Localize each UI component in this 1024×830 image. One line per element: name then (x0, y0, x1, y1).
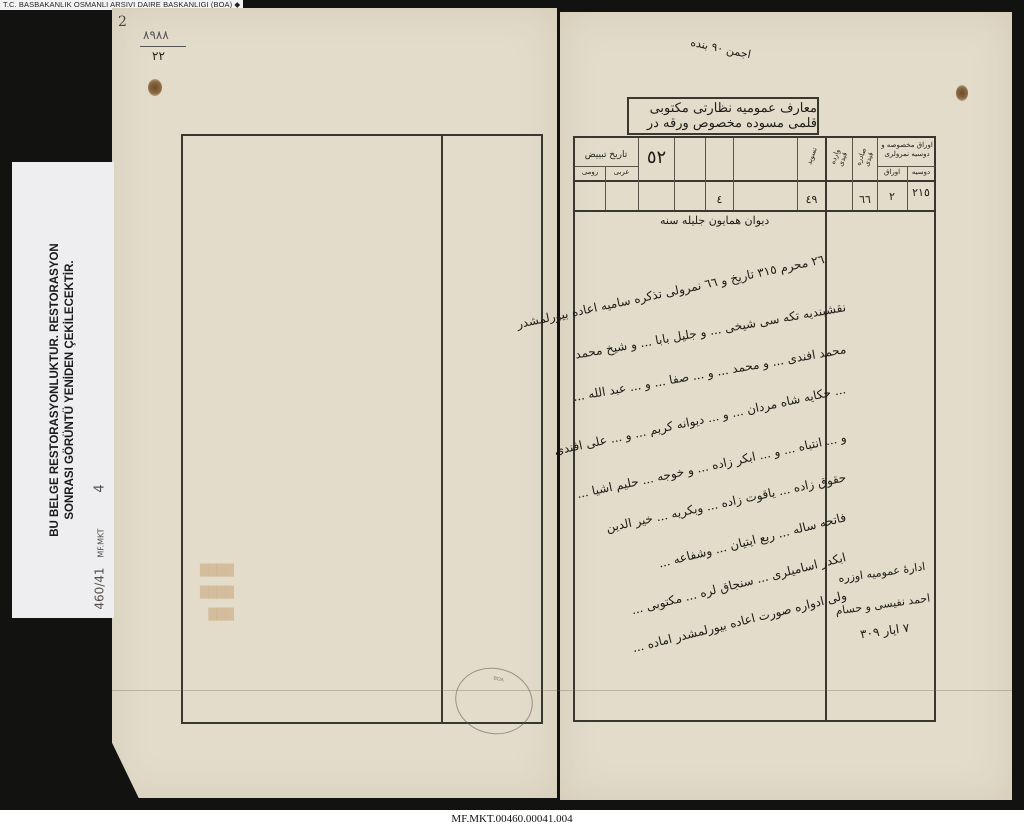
left-fraction-bottom: ٢٢ (152, 49, 165, 63)
value-draft: ٤٩ (798, 193, 825, 206)
form-title: معارف عمومیه نظارتی مکتوبی قلمی مسوده مخ… (627, 97, 819, 135)
document-reference: MF.MKT.00460.00041.004 (0, 810, 1024, 830)
col-divider (825, 138, 827, 722)
table-header-divider (573, 180, 936, 182)
left-fraction-top: ٨٩٨٨ (143, 28, 169, 42)
value-dossier: ٢١٥ (908, 186, 934, 199)
restoration-label: BU BELGE RESTORASYONLUKTUR. RESTORASYON … (12, 162, 114, 618)
restoration-notice: BU BELGE RESTORASYONLUKTUR. RESTORASYON … (48, 170, 78, 610)
body-heading: دیوان همایون جلیله سنه (660, 214, 769, 227)
faded-seal-text: ███████████ (200, 560, 234, 626)
value-papers: ٢ (878, 190, 906, 203)
stain-left (148, 79, 162, 96)
subheader-line-left (575, 166, 638, 167)
left-page-frame (181, 134, 543, 724)
fraction-bar (140, 46, 186, 47)
stain-right (956, 85, 968, 101)
subheader-line-right (877, 166, 935, 167)
fold-line (112, 690, 1012, 691)
value-col5: ٤ (706, 193, 733, 206)
header-dossier-numbers: اوراق مخصوصه و دوسیه نمرولری (879, 141, 935, 159)
left-page-column-divider (441, 134, 443, 724)
header-fair-copy-date: تاریخ تبییض (576, 150, 636, 160)
value-col4: ٥٢ (639, 147, 674, 168)
subheader-dossier: دوسیه (908, 168, 934, 176)
diamond-icon: ◆ (232, 0, 240, 9)
col-divider (733, 138, 734, 210)
left-corner-mark: 2 (118, 14, 127, 30)
table-values-divider (573, 210, 936, 212)
col-divider (674, 138, 675, 210)
subheader-arabic: عربی (606, 168, 637, 176)
subheader-rumi: رومی (575, 168, 605, 176)
archive-header-text: T.C. BASBAKANLIK OSMANLI ARSIVI DAIRE BA… (3, 0, 232, 9)
restoration-handwritten-ref: 460/41 MF.MKT 4 (93, 484, 108, 609)
value-outgoing: ٦٦ (853, 193, 877, 206)
subheader-papers: اوراق (878, 168, 906, 176)
